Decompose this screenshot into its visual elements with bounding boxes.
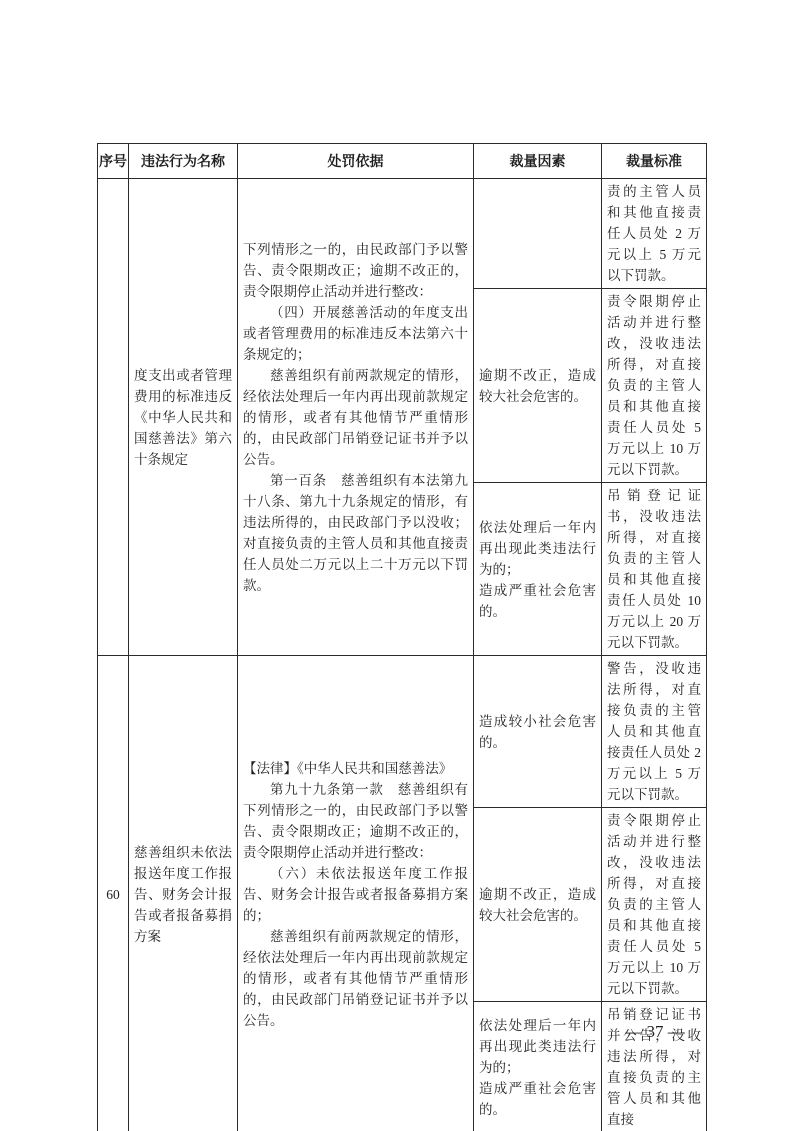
table-row: 60 慈善组织未依法报送年度工作报告、财务会计报告或者报备募捐方案 【法律】《中… <box>98 656 707 808</box>
header-seq: 序号 <box>98 144 129 179</box>
table-row: 度支出或者管理费用的标准违反《中华人民共和国慈善法》第六十条规定 下列情形之一的… <box>98 179 707 289</box>
row1-factor-cell-3: 依法处理后一年内再出现此类违法行为的； 造成严重社会危害的。 <box>474 483 602 656</box>
header-penalty-basis: 处罚依据 <box>238 144 474 179</box>
row1-factor-cell-2: 逾期不改正，造成较大社会危害的。 <box>474 289 602 483</box>
basis-paragraph: 第一百条 慈善组织有本法第九十八条、第九十九条规定的情形，有违法所得的，由民政部… <box>243 470 468 596</box>
row1-factor-cell-1 <box>474 179 602 289</box>
basis-paragraph: （六）未依法报送年度工作报告、财务会计报告或者报备募捐方案的； <box>243 863 468 926</box>
row60-factor-cell-2: 逾期不改正，造成较大社会危害的。 <box>474 808 602 1002</box>
header-discretion-factor: 裁量因素 <box>474 144 602 179</box>
document-page: 序号 违法行为名称 处罚依据 裁量因素 裁量标准 度支出或者管理费用的标准违反《… <box>0 0 800 1131</box>
row60-standard-cell-1: 警告，没收违法所得，对直接负责的主管人员和其他直接责任人员处 2 万元以上 5 … <box>602 656 707 808</box>
table-header-row: 序号 违法行为名称 处罚依据 裁量因素 裁量标准 <box>98 144 707 179</box>
basis-paragraph: 第九十九条第一款 慈善组织有下列情形之一的，由民政部门予以警告、责令限期改正；逾… <box>243 779 468 863</box>
header-violation-name: 违法行为名称 <box>129 144 238 179</box>
factor-line: 依法处理后一年内再出现此类违法行为的； <box>479 517 596 580</box>
page-number: — 37 — <box>596 1022 714 1042</box>
basis-paragraph: 【法律】《中华人民共和国慈善法》 <box>243 758 468 779</box>
row1-standard-cell-1: 责的主管人员和其他直接责任人员处 2 万元以上 5 万元以下罚款。 <box>602 179 707 289</box>
row60-standard-cell-3: 吊销登记证书并公告，没收违法所得，对直接负责的主管人员和其他直接 <box>602 1002 707 1131</box>
row1-basis-cell: 下列情形之一的，由民政部门予以警告、责令限期改正；逾期不改正的，责令限期停止活动… <box>238 179 474 656</box>
basis-paragraph: 下列情形之一的，由民政部门予以警告、责令限期改正；逾期不改正的，责令限期停止活动… <box>243 239 468 302</box>
row60-seq-cell: 60 <box>98 656 129 1131</box>
row60-factor-cell-1: 造成较小社会危害的。 <box>474 656 602 808</box>
row60-factor-cell-3: 依法处理后一年内再出现此类违法行为的； 造成严重社会危害的。 <box>474 1002 602 1131</box>
row60-name-cell: 慈善组织未依法报送年度工作报告、财务会计报告或者报备募捐方案 <box>129 656 238 1131</box>
header-discretion-standard: 裁量标准 <box>602 144 707 179</box>
factor-line: 造成严重社会危害的。 <box>479 1078 596 1120</box>
row1-seq-cell <box>98 179 129 656</box>
row1-standard-cell-3: 吊销登记证书，没收违法所得，对直接负责的主管人员和其他直接责任人员处 10 万元… <box>602 483 707 656</box>
basis-paragraph: （四）开展慈善活动的年度支出或者管理费用的标准违反本法第六十条规定的； <box>243 302 468 365</box>
factor-line: 逾期不改正，造成较大社会危害的。 <box>479 884 596 926</box>
factor-line: 逾期不改正，造成较大社会危害的。 <box>479 365 596 407</box>
row60-standard-cell-2: 责令限期停止活动并进行整改，没收违法所得，对直接负责的主管人员和其他直接责任人员… <box>602 808 707 1002</box>
basis-paragraph: 慈善组织有前两款规定的情形，经依法处理后一年内再出现前款规定的情形，或者有其他情… <box>243 365 468 470</box>
basis-paragraph: 慈善组织有前两款规定的情形，经依法处理后一年内再出现前款规定的情形，或者有其他情… <box>243 926 468 1031</box>
factor-line: 造成较小社会危害的。 <box>479 711 596 753</box>
row60-basis-cell: 【法律】《中华人民共和国慈善法》 第九十九条第一款 慈善组织有下列情形之一的，由… <box>238 656 474 1131</box>
row1-name-cell: 度支出或者管理费用的标准违反《中华人民共和国慈善法》第六十条规定 <box>129 179 238 656</box>
factor-line: 造成严重社会危害的。 <box>479 580 596 622</box>
regulation-table: 序号 违法行为名称 处罚依据 裁量因素 裁量标准 度支出或者管理费用的标准违反《… <box>97 143 707 1131</box>
factor-line: 依法处理后一年内再出现此类违法行为的； <box>479 1015 596 1078</box>
row1-standard-cell-2: 责令限期停止活动并进行整改，没收违法所得，对直接负责的主管人员和其他直接责任人员… <box>602 289 707 483</box>
